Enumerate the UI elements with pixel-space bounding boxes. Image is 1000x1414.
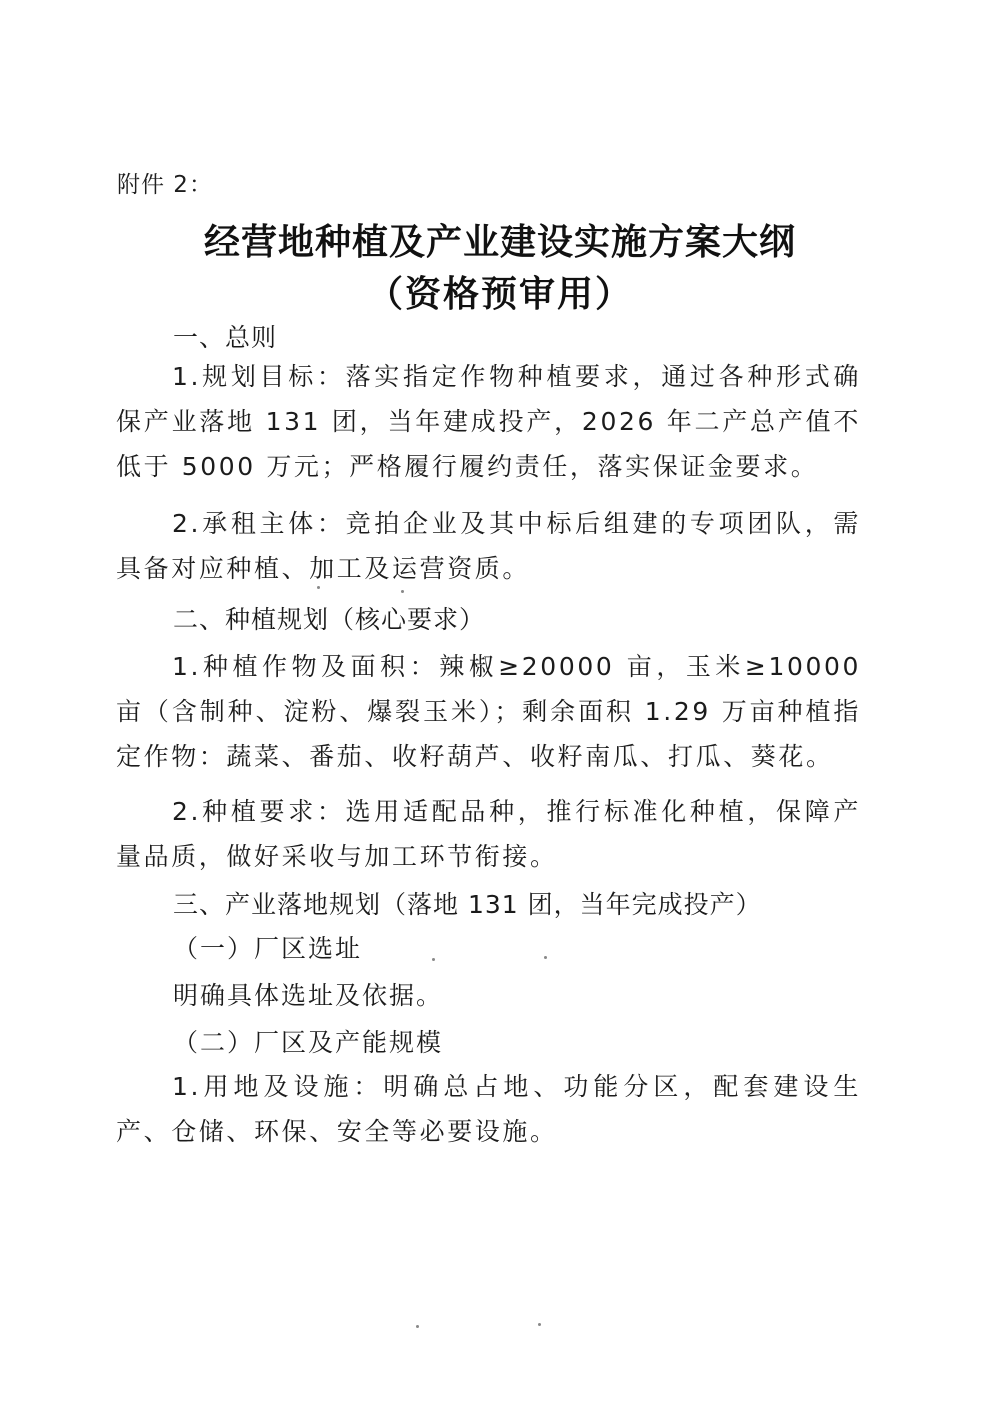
scan-speck — [538, 1323, 541, 1326]
paragraph-crops-area: 1.种植作物及面积：辣椒≥20000 亩，玉米≥10000 亩（含制种、淀粉、爆… — [116, 644, 861, 779]
paragraph-planting-requirements: 2.种植要求：选用适配品种，推行标准化种植，保障产量品质，做好采收与加工环节衔接… — [116, 789, 861, 879]
scan-speck — [432, 958, 435, 961]
section-planting-para-2: 2.种植要求：选用适配品种，推行标准化种植，保障产量品质，做好采收与加工环节衔接… — [116, 789, 861, 879]
scan-speck — [416, 1325, 419, 1328]
paragraph-land-facilities: 1.用地及设施：明确总占地、功能分区，配套建设生产、仓储、环保、安全等必要设施。 — [116, 1064, 861, 1154]
scan-speck — [401, 590, 404, 593]
section-heading-planting: 二、种植规划（核心要求） — [173, 600, 485, 636]
section-planting-para-1: 1.种植作物及面积：辣椒≥20000 亩，玉米≥10000 亩（含制种、淀粉、爆… — [116, 644, 861, 779]
section-heading-general: 一、总则 — [173, 318, 277, 354]
scan-speck — [317, 586, 320, 589]
document-subtitle: （资格预审用） — [0, 266, 1000, 317]
attachment-label: 附件 2： — [117, 166, 213, 199]
document-title: 经营地种植及产业建设实施方案大纲 — [0, 214, 1000, 265]
section-general-para-2: 2.承租主体：竞拍企业及其中标后组建的专项团队，需具备对应种植、加工及运营资质。 — [116, 501, 861, 591]
paragraph-planning-goal: 1.规划目标：落实指定作物种植要求，通过各种形式确保产业落地 131 团，当年建… — [116, 354, 861, 489]
subsection-heading-capacity: （二）厂区及产能规模 — [173, 1023, 443, 1059]
section-capacity-para-1: 1.用地及设施：明确总占地、功能分区，配套建设生产、仓储、环保、安全等必要设施。 — [116, 1064, 861, 1154]
paragraph-site-selection: 明确具体选址及依据。 — [173, 976, 443, 1012]
subsection-heading-site-selection: （一）厂区选址 — [173, 929, 362, 965]
document-page: 附件 2： 经营地种植及产业建设实施方案大纲 （资格预审用） 一、总则 1.规划… — [0, 0, 1000, 1414]
section-heading-industry: 三、产业落地规划（落地 131 团，当年完成投产） — [173, 885, 762, 921]
paragraph-lessee-entity: 2.承租主体：竞拍企业及其中标后组建的专项团队，需具备对应种植、加工及运营资质。 — [116, 501, 861, 591]
scan-speck — [544, 956, 547, 959]
section-general-para-1: 1.规划目标：落实指定作物种植要求，通过各种形式确保产业落地 131 团，当年建… — [116, 354, 861, 489]
